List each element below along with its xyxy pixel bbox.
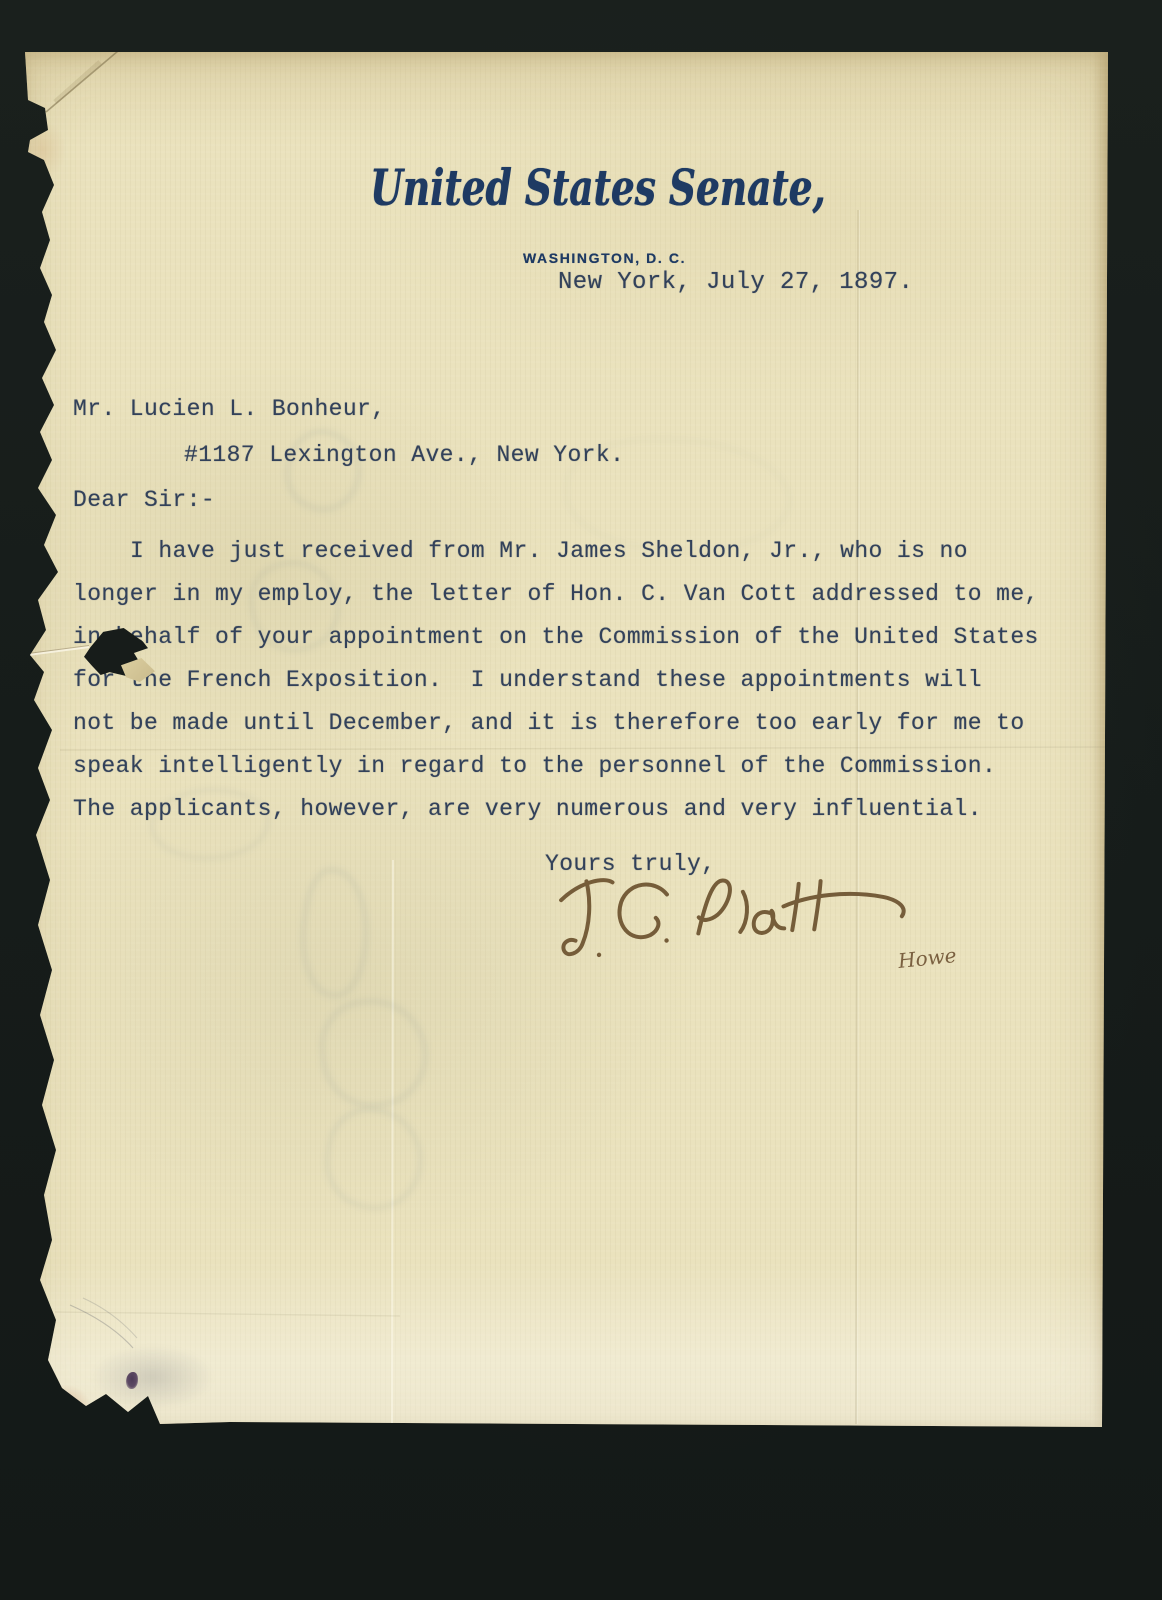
signature-annotation: Howe (897, 943, 958, 973)
letterhead-title: United States Senate, (370, 158, 825, 217)
body-line: for the French Exposition. I understand … (73, 659, 1039, 702)
signature-platt (546, 861, 930, 984)
body-line: longer in my employ, the letter of Hon. … (73, 573, 1039, 616)
salutation: Dear Sir:- (73, 487, 215, 513)
body-line: The applicants, however, are very numero… (73, 788, 1039, 831)
body-line: speak intelligently in regard to the per… (73, 745, 1039, 788)
letter-content: United States Senate, WASHINGTON, D. C. … (25, 50, 1108, 1427)
recipient-name: Mr. Lucien L. Bonheur, (73, 396, 385, 422)
letter-paper: United States Senate, WASHINGTON, D. C. … (25, 50, 1108, 1427)
body-line: in behalf of your appointment on the Com… (73, 616, 1039, 659)
letterhead-location: WASHINGTON, D. C. (523, 250, 686, 266)
body-line: not be made until December, and it is th… (73, 702, 1039, 745)
letter-body: I have just received from Mr. James Shel… (73, 530, 1039, 831)
scan-background: United States Senate, WASHINGTON, D. C. … (0, 0, 1162, 1600)
body-line: I have just received from Mr. James Shel… (73, 530, 1039, 573)
recipient-address: #1187 Lexington Ave., New York. (184, 442, 624, 468)
dateline: New York, July 27, 1897. (558, 269, 913, 296)
